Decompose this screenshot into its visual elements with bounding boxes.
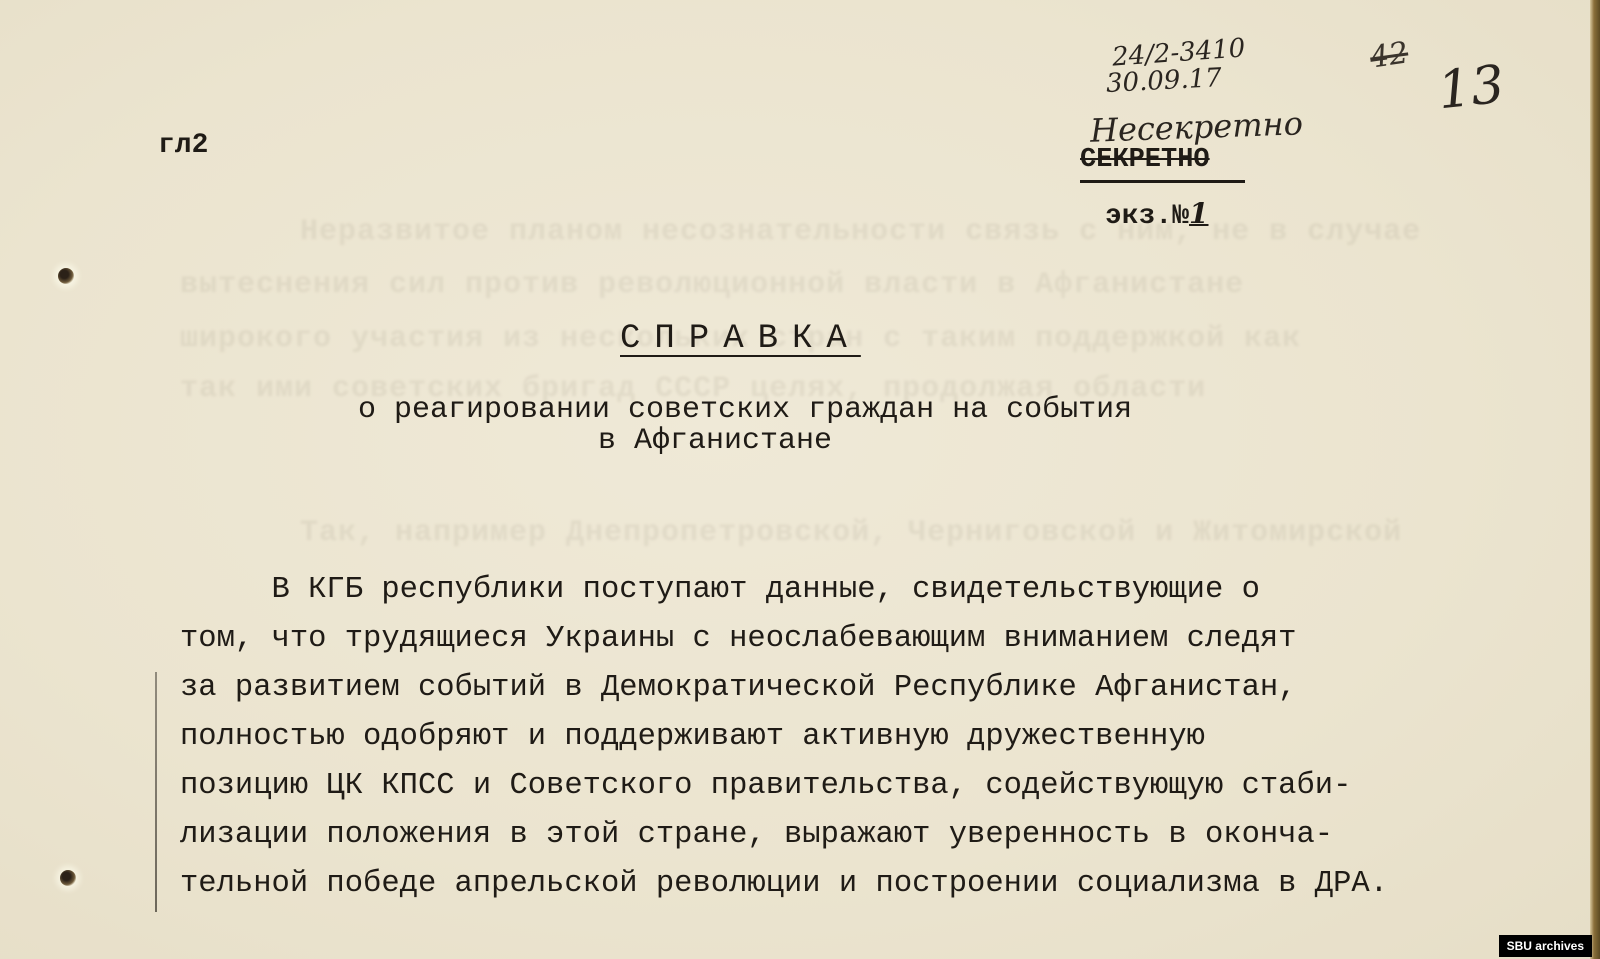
page-number: 13 bbox=[1435, 55, 1507, 122]
copy-number-value: 1 bbox=[1189, 197, 1208, 230]
copy-number: экз.№1 bbox=[1105, 197, 1209, 232]
archive-watermark: SBU archives bbox=[1499, 935, 1592, 957]
body-line: тельной победе апрельской революции и по… bbox=[180, 860, 1388, 909]
document-page: Неразвитое планом несознательности связь… bbox=[0, 0, 1592, 959]
binding-hole bbox=[60, 870, 76, 886]
body-line: том, что трудящиеся Украины с неослабева… bbox=[180, 615, 1388, 664]
document-subtitle-line-2: в Афганистане bbox=[598, 424, 832, 458]
body-line: полностью одобряют и поддерживают активн… bbox=[180, 713, 1388, 762]
document-subtitle-line-1: о реагировании советских граждан на собы… bbox=[358, 393, 1132, 427]
page-edge bbox=[1590, 0, 1600, 959]
old-page-number: 42 bbox=[1368, 36, 1411, 76]
classification-underline bbox=[1080, 180, 1245, 183]
classification-stamp: СЕКРЕТНО bbox=[1080, 145, 1210, 175]
body-line: В КГБ республики поступают данные, свиде… bbox=[180, 566, 1388, 615]
body-line: за развитием событий в Демократической Р… bbox=[180, 664, 1388, 713]
bleed-through-text: Так, например Днепропетровской, Чернигов… bbox=[300, 516, 1402, 550]
body-line: позицию ЦК КПСС и Советского правительст… bbox=[180, 762, 1388, 811]
bleed-through-text: вытеснения сил против революционной влас… bbox=[180, 268, 1244, 302]
body-line: лизации положения в этой стране, выражаю… bbox=[180, 811, 1388, 860]
margin-pencil-line bbox=[155, 672, 157, 912]
binding-hole bbox=[58, 268, 74, 284]
document-title: СПРАВКА bbox=[620, 320, 861, 358]
copy-label: экз.№ bbox=[1105, 201, 1189, 232]
registration-date: 30.09.17 bbox=[1105, 63, 1222, 99]
document-body: В КГБ республики поступают данные, свиде… bbox=[180, 566, 1388, 909]
bleed-through-text: Неразвитое планом несознательности связь… bbox=[300, 215, 1421, 249]
department-code: гл2 bbox=[158, 130, 208, 161]
declassification-mark: Несекретно bbox=[1089, 104, 1303, 149]
